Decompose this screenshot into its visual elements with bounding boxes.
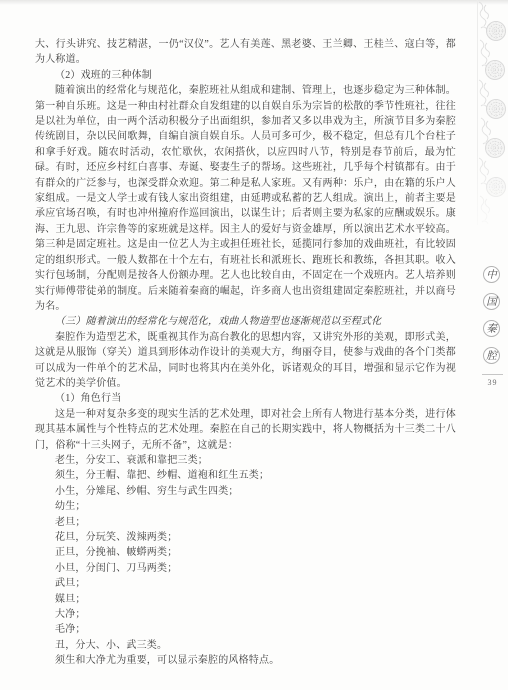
paragraph-roles-intro: 这是一种对复杂多变的现实生活的艺术处理，即对社会上所有人物进行基本分类，进行体现… (35, 407, 456, 453)
page-number: 39 (482, 378, 503, 387)
paragraph-continuation: 大、行头讲究、技艺精湛，一仍“汉仪”。艺人有美莲、黑老婆、王兰卿、王桂兰、寇白等… (35, 37, 456, 68)
badge-char-label: 秦 (486, 321, 497, 336)
heading-section-3: （三）随着演出的经常化与规范化，戏曲人物造型也逐渐规范以至程式化 (35, 314, 456, 329)
closing-line: 须生和大净尤为重要，可以显示秦腔的风格特点。 (35, 653, 456, 668)
book-page: 中 国 秦 腔 39 大、行头讲究、技艺精湛，一仍“汉仪”。艺人有美莲、黑老婆、… (0, 0, 508, 690)
paragraph-visual-art: 秦腔作为造型艺术，既重视其作为高台教化的思想内容，又讲究外形的美观，即形式美，这… (35, 330, 456, 392)
role-item: 须生，分王帽、靠把、纱帽、道袍和红生五类； (35, 468, 456, 483)
badge-char-label: 国 (486, 294, 497, 309)
role-item: 丑，分大、小、武三类。 (35, 638, 456, 653)
badge-char-qin: 秦 (483, 320, 500, 337)
role-item: 毛净； (35, 622, 456, 637)
role-item: 幼生； (35, 499, 456, 514)
role-item: 花旦，分玩笑、泼辣两类； (35, 530, 456, 545)
page-number-rule (482, 374, 503, 375)
page-number-block: 39 (482, 374, 503, 387)
badge-char-label: 腔 (486, 348, 497, 363)
role-item: 正旦，分挽袖、帔蟒两类； (35, 545, 456, 560)
badge-char-zhong: 中 (483, 266, 500, 283)
role-item: 老旦； (35, 515, 456, 530)
badge-char-label: 中 (486, 267, 497, 282)
heading-role-types: （1）角色行当 (35, 391, 456, 406)
role-list: 老生，分安工、衰派和靠把三类； 须生，分王帽、靠把、纱帽、道袍和红生五类； 小生… (35, 453, 456, 653)
floral-border-pattern (476, 0, 508, 240)
role-item: 武旦； (35, 576, 456, 591)
role-item: 老生，分安工、衰派和靠把三类； (35, 453, 456, 468)
role-item: 小旦，分闺门、刀马两类； (35, 561, 456, 576)
role-item: 大净； (35, 607, 456, 622)
book-title-badge: 中 国 秦 腔 (483, 266, 500, 364)
badge-char-guo: 国 (483, 293, 500, 310)
text-content: 大、行头讲究、技艺精湛，一仍“汉仪”。艺人有美莲、黑老婆、王兰卿、王桂兰、寇白等… (35, 37, 456, 669)
heading-section-2: （2）戏班的三种体制 (35, 68, 456, 83)
badge-char-qiang: 腔 (483, 347, 500, 364)
role-item: 小生，分雉尾、纱帽、穷生与武生四类； (35, 484, 456, 499)
role-item: 媒旦； (35, 592, 456, 607)
paragraph-troupe-systems: 随着演出的经常化与规范化，秦腔班社从组成和建制、管理上，也逐步稳定为三种体制。第… (35, 83, 456, 314)
